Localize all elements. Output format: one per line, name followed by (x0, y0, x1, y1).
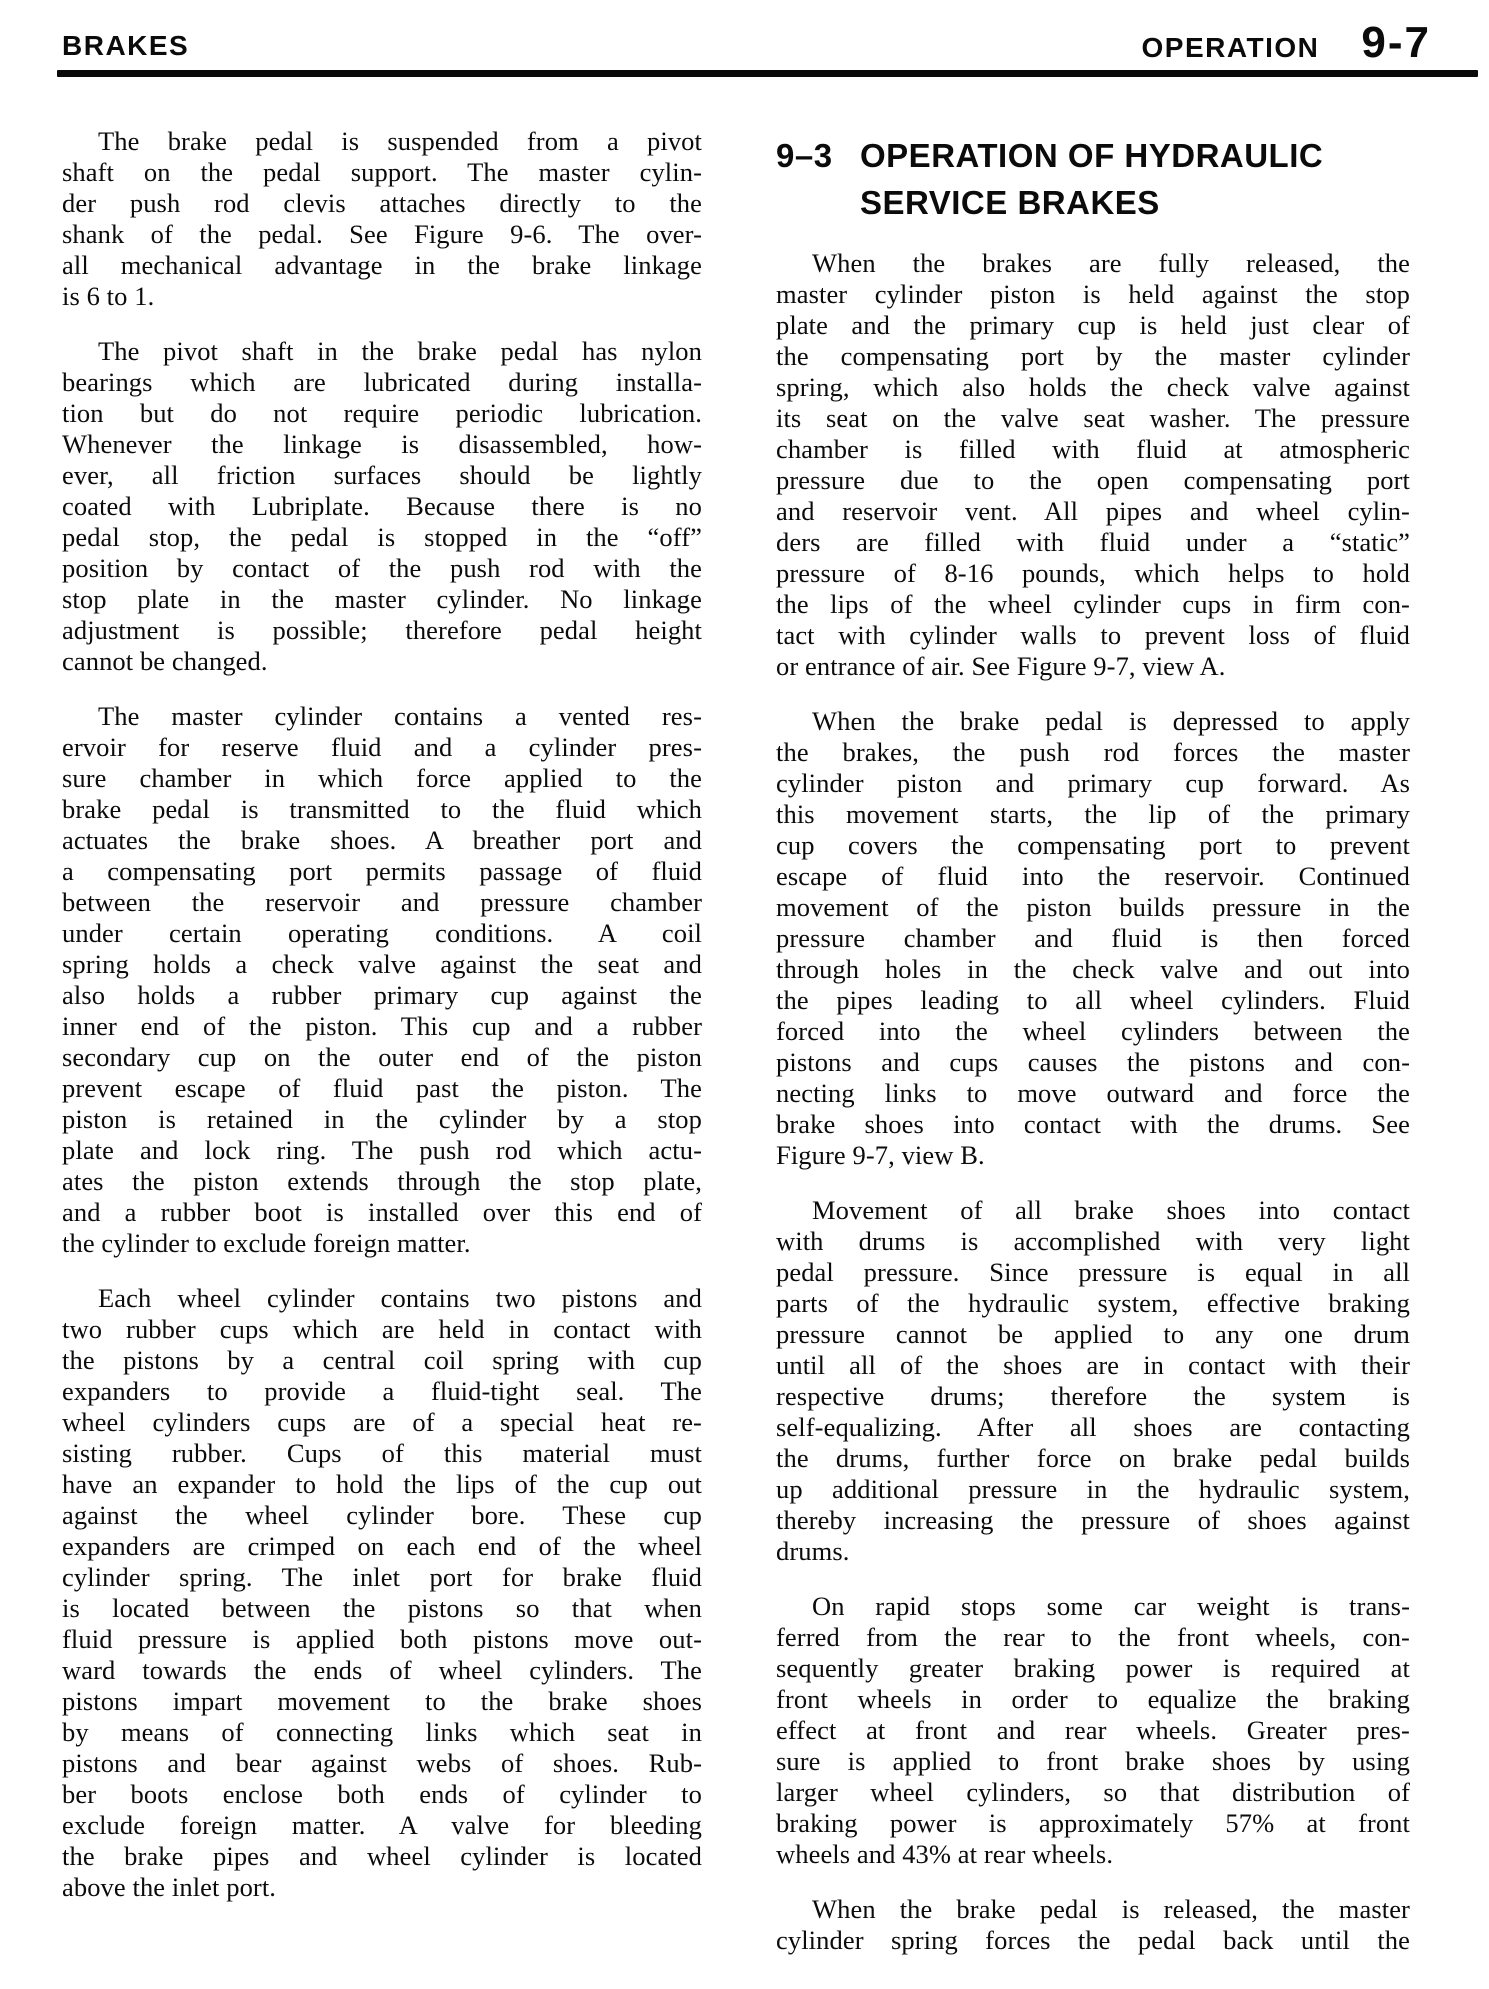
text-line: bearings which are lubricated during ins… (62, 367, 702, 398)
text-line: position by contact of the push rod with… (62, 553, 702, 584)
header-rule (57, 70, 1478, 77)
text-line: wheels and 43% at rear wheels. (776, 1839, 1410, 1870)
paragraph: Each wheel cylinder contains two pistons… (62, 1283, 702, 1903)
text-line: Each wheel cylinder contains two pistons… (62, 1283, 702, 1314)
text-line: the pipes leading to all wheel cylinders… (776, 985, 1410, 1016)
text-line: fluid pressure is applied both pistons m… (62, 1624, 702, 1655)
text-line: pressure chamber and fluid is then force… (776, 923, 1410, 954)
section-heading-line1: OPERATION OF HYDRAULIC (860, 132, 1323, 179)
text-line: chamber is filled with fluid at atmosphe… (776, 434, 1410, 465)
text-line: spring holds a check valve against the s… (62, 949, 702, 980)
header-right-group: OPERATION 9-7 (1142, 18, 1431, 68)
text-line: the cylinder to exclude foreign matter. (62, 1228, 702, 1259)
text-line: ates the piston extends through the stop… (62, 1166, 702, 1197)
text-line: actuates the brake shoes. A breather por… (62, 825, 702, 856)
text-line: have an expander to hold the lips of the… (62, 1469, 702, 1500)
text-line: all mechanical advantage in the brake li… (62, 250, 702, 281)
text-line: tion but do not require periodic lubrica… (62, 398, 702, 429)
text-line: escape of fluid into the reservoir. Cont… (776, 861, 1410, 892)
text-line: ervoir for reserve fluid and a cylinder … (62, 732, 702, 763)
text-line: shaft on the pedal support. The master c… (62, 157, 702, 188)
text-line: and reservoir vent. All pipes and wheel … (776, 496, 1410, 527)
text-line: pressure of 8-16 pounds, which helps to … (776, 558, 1410, 589)
text-line: parts of the hydraulic system, effective… (776, 1288, 1410, 1319)
text-line: shank of the pedal. See Figure 9-6. The … (62, 219, 702, 250)
paragraph: The master cylinder contains a vented re… (62, 701, 702, 1259)
text-line: master cylinder piston is held against t… (776, 279, 1410, 310)
text-line: sure chamber in which force applied to t… (62, 763, 702, 794)
text-line: until all of the shoes are in contact wi… (776, 1350, 1410, 1381)
text-line: brake shoes into contact with the drums.… (776, 1109, 1410, 1140)
text-line: When the brake pedal is released, the ma… (776, 1894, 1410, 1925)
text-line: is located between the pistons so that w… (62, 1593, 702, 1624)
text-line: its seat on the valve seat washer. The p… (776, 403, 1410, 434)
text-line: cylinder piston and primary cup forward.… (776, 768, 1410, 799)
text-line: ward towards the ends of wheel cylinders… (62, 1655, 702, 1686)
text-columns: The brake pedal is suspended from a pivo… (62, 126, 1410, 1980)
text-line: coated with Lubriplate. Because there is… (62, 491, 702, 522)
text-line: between the reservoir and pressure chamb… (62, 887, 702, 918)
section-title: OPERATION (1142, 32, 1320, 64)
text-line: cup covers the compensating port to prev… (776, 830, 1410, 861)
text-line: expanders are crimped on each end of the… (62, 1531, 702, 1562)
text-line: respective drums; therefore the system i… (776, 1381, 1410, 1412)
paragraph: The brake pedal is suspended from a pivo… (62, 126, 702, 312)
text-line: ever, all friction surfaces should be li… (62, 460, 702, 491)
text-line: self-equalizing. After all shoes are con… (776, 1412, 1410, 1443)
left-column: The brake pedal is suspended from a pivo… (62, 126, 702, 1980)
section-number: 9–3 (776, 132, 860, 179)
text-line: with drums is accomplished with very lig… (776, 1226, 1410, 1257)
text-line: also holds a rubber primary cup against … (62, 980, 702, 1011)
text-line: movement of the piston builds pressure i… (776, 892, 1410, 923)
right-column: 9–3 OPERATION OF HYDRAULIC SERVICE BRAKE… (776, 126, 1410, 1980)
right-column-body: When the brakes are fully released, them… (776, 248, 1410, 1956)
text-line: pedal stop, the pedal is stopped in the … (62, 522, 702, 553)
text-line: The brake pedal is suspended from a pivo… (62, 126, 702, 157)
paragraph: When the brake pedal is released, the ma… (776, 1894, 1410, 1956)
text-line: above the inlet port. (62, 1872, 702, 1903)
text-line: pistons impart movement to the brake sho… (62, 1686, 702, 1717)
paragraph: On rapid stops some car weight is trans-… (776, 1591, 1410, 1870)
text-line: effect at front and rear wheels. Greater… (776, 1715, 1410, 1746)
text-line: exclude foreign matter. A valve for blee… (62, 1810, 702, 1841)
text-line: ferred from the rear to the front wheels… (776, 1622, 1410, 1653)
text-line: pressure due to the open compensating po… (776, 465, 1410, 496)
text-line: The master cylinder contains a vented re… (62, 701, 702, 732)
text-line: spring, which also holds the check valve… (776, 372, 1410, 403)
text-line: pistons and cups causes the pistons and … (776, 1047, 1410, 1078)
text-line: expanders to provide a fluid-tight seal.… (62, 1376, 702, 1407)
text-line: by means of connecting links which seat … (62, 1717, 702, 1748)
text-line: under certain operating conditions. A co… (62, 918, 702, 949)
text-line: cylinder spring forces the pedal back un… (776, 1925, 1410, 1956)
text-line: When the brakes are fully released, the (776, 248, 1410, 279)
text-line: drums. (776, 1536, 1410, 1567)
text-line: pistons and bear against webs of shoes. … (62, 1748, 702, 1779)
text-line: prevent escape of fluid past the piston.… (62, 1073, 702, 1104)
text-line: secondary cup on the outer end of the pi… (62, 1042, 702, 1073)
text-line: necting links to move outward and force … (776, 1078, 1410, 1109)
text-line: sure is applied to front brake shoes by … (776, 1746, 1410, 1777)
text-line: On rapid stops some car weight is trans- (776, 1591, 1410, 1622)
text-line: the brake pipes and wheel cylinder is lo… (62, 1841, 702, 1872)
text-line: pressure cannot be applied to any one dr… (776, 1319, 1410, 1350)
manual-page: BRAKES OPERATION 9-7 The brake pedal is … (0, 0, 1489, 1989)
text-line: ders are filled with fluid under a “stat… (776, 527, 1410, 558)
text-line: sisting rubber. Cups of this material mu… (62, 1438, 702, 1469)
text-line: through holes in the check valve and out… (776, 954, 1410, 985)
text-line: thereby increasing the pressure of shoes… (776, 1505, 1410, 1536)
text-line: stop plate in the master cylinder. No li… (62, 584, 702, 615)
text-line: pedal pressure. Since pressure is equal … (776, 1257, 1410, 1288)
text-line: or entrance of air. See Figure 9-7, view… (776, 651, 1410, 682)
text-line: against the wheel cylinder bore. These c… (62, 1500, 702, 1531)
text-line: forced into the wheel cylinders between … (776, 1016, 1410, 1047)
section-heading: 9–3 OPERATION OF HYDRAULIC SERVICE BRAKE… (776, 132, 1410, 226)
paragraph: When the brake pedal is depressed to app… (776, 706, 1410, 1171)
text-line: Whenever the linkage is disassembled, ho… (62, 429, 702, 460)
text-line: is 6 to 1. (62, 281, 702, 312)
paragraph: When the brakes are fully released, them… (776, 248, 1410, 682)
text-line: braking power is approximately 57% at fr… (776, 1808, 1410, 1839)
text-line: When the brake pedal is depressed to app… (776, 706, 1410, 737)
text-line: two rubber cups which are held in contac… (62, 1314, 702, 1345)
section-heading-line2: SERVICE BRAKES (776, 179, 1410, 226)
text-line: wheel cylinders cups are of a special he… (62, 1407, 702, 1438)
text-line: brake pedal is transmitted to the fluid … (62, 794, 702, 825)
text-line: The pivot shaft in the brake pedal has n… (62, 336, 702, 367)
text-line: sequently greater braking power is requi… (776, 1653, 1410, 1684)
text-line: the pistons by a central coil spring wit… (62, 1345, 702, 1376)
text-line: ber boots enclose both ends of cylinder … (62, 1779, 702, 1810)
text-line: the drums, further force on brake pedal … (776, 1443, 1410, 1474)
text-line: plate and the primary cup is held just c… (776, 310, 1410, 341)
text-line: cannot be changed. (62, 646, 702, 677)
page-number: 9-7 (1361, 18, 1431, 68)
text-line: the brakes, the push rod forces the mast… (776, 737, 1410, 768)
text-line: larger wheel cylinders, so that distribu… (776, 1777, 1410, 1808)
page-header: BRAKES OPERATION 9-7 (0, 0, 1489, 78)
text-line: der push rod clevis attaches directly to… (62, 188, 702, 219)
text-line: piston is retained in the cylinder by a … (62, 1104, 702, 1135)
text-line: and a rubber boot is installed over this… (62, 1197, 702, 1228)
text-line: Figure 9-7, view B. (776, 1140, 1410, 1171)
text-line: the compensating port by the master cyli… (776, 341, 1410, 372)
text-line: this movement starts, the lip of the pri… (776, 799, 1410, 830)
text-line: the lips of the wheel cylinder cups in f… (776, 589, 1410, 620)
text-line: front wheels in order to equalize the br… (776, 1684, 1410, 1715)
text-line: Movement of all brake shoes into contact (776, 1195, 1410, 1226)
text-line: inner end of the piston. This cup and a … (62, 1011, 702, 1042)
text-line: tact with cylinder walls to prevent loss… (776, 620, 1410, 651)
paragraph: Movement of all brake shoes into contact… (776, 1195, 1410, 1567)
text-line: up additional pressure in the hydraulic … (776, 1474, 1410, 1505)
text-line: plate and lock ring. The push rod which … (62, 1135, 702, 1166)
chapter-title: BRAKES (62, 30, 189, 62)
text-line: a compensating port permits passage of f… (62, 856, 702, 887)
text-line: cylinder spring. The inlet port for brak… (62, 1562, 702, 1593)
paragraph: The pivot shaft in the brake pedal has n… (62, 336, 702, 677)
text-line: adjustment is possible; therefore pedal … (62, 615, 702, 646)
